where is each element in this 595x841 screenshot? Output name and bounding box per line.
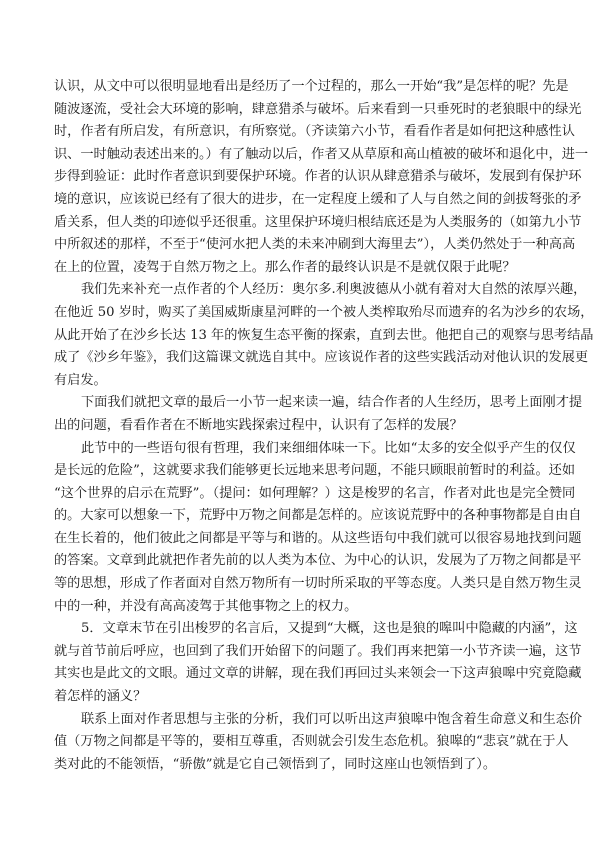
text-line: 认识，从文中可以很明显地看出是经历了一个过程的，那么一开始“我”是怎样的呢？先是 (54, 76, 542, 99)
text-line: 在生长着的，他们彼此之间都是平等与和谐的。从这些语句中我们就可以很容易地找到问题 (54, 528, 542, 551)
paragraph-6: 联系上面对作者思想与主张的分析，我们可以听出这声狼嗥中饱含着生命意义和生态价 值… (54, 709, 542, 777)
text-line: 的。大家可以想象一下，荒野中万物之间都是怎样的。应该说荒野中的各种事物都是自由自 (54, 505, 542, 528)
text-line: 在他近 50 岁时，购买了美国威斯康星河畔的一个被人类榨取殆尽而遗弃的名为沙乡的… (54, 302, 542, 325)
paragraph-2: 我们先来补充一点作者的个人经历：奥尔多.利奥波德从小就有着对大自然的浓厚兴趣， … (54, 279, 542, 392)
text-line: 此节中的一些语句很有哲理，我们来细细体味一下。比如“太多的安全似乎产生的仅仅 (54, 438, 542, 461)
paragraph-3: 下面我们就把文章的最后一小节一起来读一遍，结合作者的人生经历，思考上面刚才提 出… (54, 392, 542, 437)
text-line: 值（万物之间都是平等的，要相互尊重，否则就会引发生态危机。狼嗥的“悲哀”就在于人 (54, 731, 542, 754)
text-line: 联系上面对作者思想与主张的分析，我们可以听出这声狼嗥中饱含着生命意义和生态价 (54, 709, 542, 732)
text-line: “这个世界的启示在荒野”。（提问：如何理解？）这是梭罗的名言，作者对此也是完全赞… (54, 483, 542, 506)
text-line: 我们先来补充一点作者的个人经历：奥尔多.利奥波德从小就有着对大自然的浓厚兴趣， (54, 279, 542, 302)
text-line: 成了《沙乡年鉴》，我们这篇课文就选自其中。应该说作者的这些实践活动对他认识的发展… (54, 347, 542, 370)
text-line: 盾关系，但人类的印迹似乎还很重。这里保护环境归根结底还是为人类服务的（如第九小节 (54, 212, 542, 235)
text-line: 等的思想，形成了作者面对自然万物所有一切时所采取的平等态度。人类只是自然万物生灵 (54, 573, 542, 596)
text-line: 就与首节前后呼应，也回到了我们开始留下的问题了。我们再来把第一小节齐读一遍，这节 (54, 641, 542, 664)
text-line: 在上的位置，凌驾于自然万物之上。那么作者的最终认识是不是就仅限于此呢？ (54, 257, 542, 280)
text-line: 随波逐流，受社会大环境的影响，肆意猎杀与破坏。后来看到一只垂死时的老狼眼中的绿光 (54, 99, 542, 122)
text-line: 出的问题，看看作者在不断地实践探索过程中，认识有了怎样的发展？ (54, 415, 542, 438)
document-page: 认识，从文中可以很明显地看出是经历了一个过程的，那么一开始“我”是怎样的呢？先是… (54, 76, 542, 776)
text-line: 步得到验证：此时作者意识到要保护环境。作者的认识从肆意猎杀与破坏，发展到有保护环 (54, 166, 542, 189)
text-line: 中所叙述的那样，不至于“使河水把人类的未来冲刷到大海里去”），人类仍然处于一种高… (54, 234, 542, 257)
text-line: 类对此的不能领悟，“骄傲”就是它自己领悟到了，同时这座山也领悟到了）。 (54, 754, 542, 777)
text-line: 的答案。文章到此就把作者先前的以人类为本位、为中心的认识，发展为了万物之间都是平 (54, 550, 542, 573)
paragraph-5: 5．文章末节在引出梭罗的名言后，又提到“大概，这也是狼的嗥叫中隐藏的内涵”，这 … (54, 618, 542, 708)
text-line: 5．文章末节在引出梭罗的名言后，又提到“大概，这也是狼的嗥叫中隐藏的内涵”，这 (54, 618, 542, 641)
text-line: 其实也是此文的文眼。通过文章的讲解，现在我们再回过头来领会一下这声狼嗥中究竟隐藏 (54, 663, 542, 686)
text-line: 识、一时触动表述出来的。）有了触动以后，作者又从草原和高山植被的破坏和退化中，进… (54, 144, 542, 167)
text-line: 着怎样的涵义？ (54, 686, 542, 709)
text-line: 下面我们就把文章的最后一小节一起来读一遍，结合作者的人生经历，思考上面刚才提 (54, 392, 542, 415)
paragraph-4: 此节中的一些语句很有哲理，我们来细细体味一下。比如“太多的安全似乎产生的仅仅 是… (54, 438, 542, 619)
text-line: 中的一种，并没有高高凌驾于其他事物之上的权力。 (54, 596, 542, 619)
text-line: 有启发。 (54, 370, 542, 393)
text-line: 是长远的危险”，这就要求我们能够更长远地来思考问题，不能只顾眼前暂时的利益。还如 (54, 460, 542, 483)
text-line: 从此开始了在沙乡长达 13 年的恢复生态平衡的探索，直到去世。他把自己的观察与思… (54, 325, 542, 348)
paragraph-1: 认识，从文中可以很明显地看出是经历了一个过程的，那么一开始“我”是怎样的呢？先是… (54, 76, 542, 279)
text-line: 时，作者有所启发，有所意识，有所察觉。（齐读第六小节，看看作者是如何把这种感性认 (54, 121, 542, 144)
text-line: 境的意识，应该说已经有了很大的进步，在一定程度上缓和了人与自然之间的剑拔弩张的矛 (54, 189, 542, 212)
